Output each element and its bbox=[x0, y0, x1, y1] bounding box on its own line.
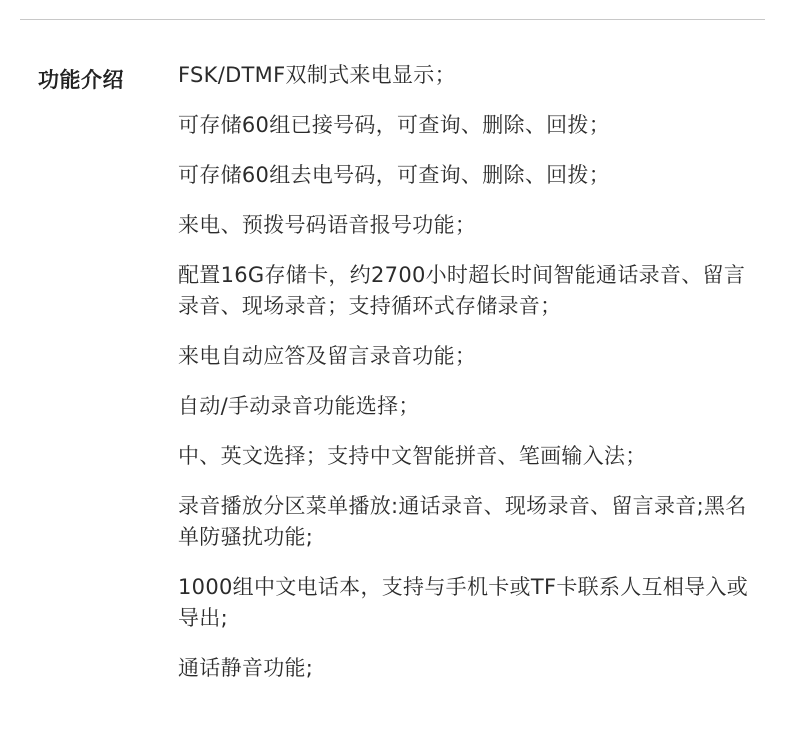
feature-item: 可存储60组已接号码，可查询、删除、回拨； bbox=[178, 110, 758, 141]
feature-item: FSK/DTMF双制式来电显示； bbox=[178, 60, 758, 91]
feature-item: 来电自动应答及留言录音功能； bbox=[178, 341, 758, 372]
feature-item: 可存储60组去电号码，可查询、删除、回拨； bbox=[178, 160, 758, 191]
feature-item: 自动/手动录音功能选择； bbox=[178, 391, 758, 422]
feature-item: 配置16G存储卡，约2700小时超长时间智能通话录音、留言录音、现场录音；支持循… bbox=[178, 260, 758, 322]
section-title: 功能介绍 bbox=[38, 64, 124, 94]
top-divider bbox=[20, 19, 765, 20]
feature-item: 1000组中文电话本，支持与手机卡或TF卡联系人互相导入或导出; bbox=[178, 572, 758, 634]
feature-list: FSK/DTMF双制式来电显示； 可存储60组已接号码，可查询、删除、回拨； 可… bbox=[178, 60, 758, 703]
feature-item: 通话静音功能; bbox=[178, 653, 758, 684]
feature-item: 录音播放分区菜单播放:通话录音、现场录音、留言录音;黑名单防骚扰功能; bbox=[178, 491, 758, 553]
feature-item: 中、英文选择；支持中文智能拼音、笔画输入法； bbox=[178, 441, 758, 472]
feature-item: 来电、预拨号码语音报号功能； bbox=[178, 210, 758, 241]
